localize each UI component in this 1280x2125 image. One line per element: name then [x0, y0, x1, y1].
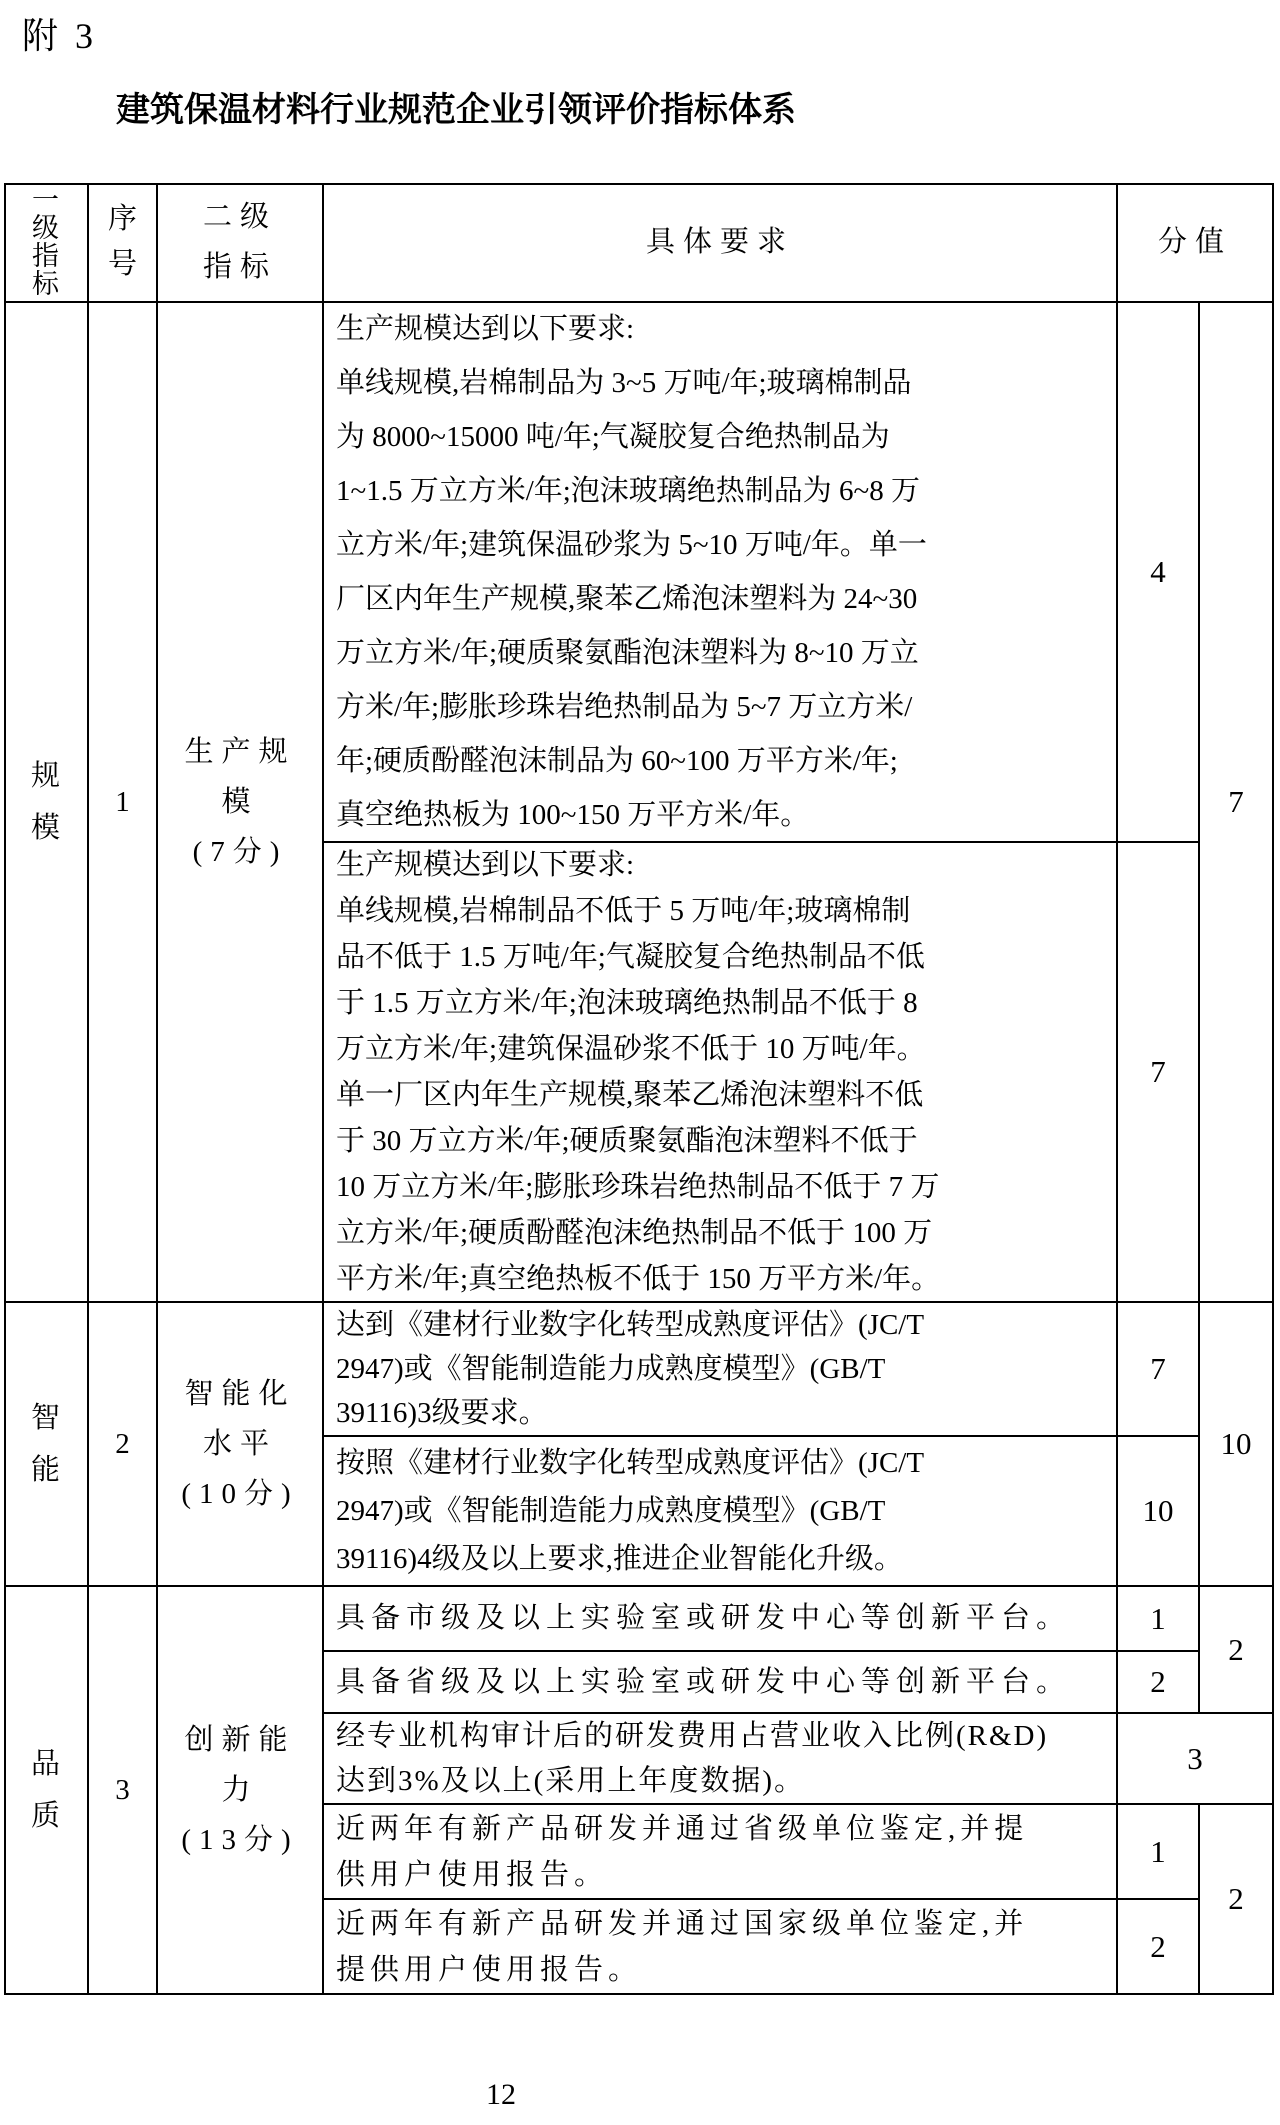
- group1-level1-label: 规 模: [4, 303, 89, 1303]
- score-1b: 7: [1118, 843, 1200, 1303]
- requirement-3c-text: 经专业机构审计后的研发费用占营业收入比例(R&D) 达到3%及以上(采用上年度数…: [324, 1714, 1118, 1805]
- requirement-1a-text: 生产规模达到以下要求: 单线规模,岩棉制品为 3~5 万吨/年;玻璃棉制品 为 …: [324, 303, 1118, 843]
- score-3d: 1: [1118, 1805, 1200, 1900]
- score-1a: 4: [1118, 303, 1200, 843]
- score-3a: 1: [1118, 1587, 1200, 1652]
- header-level2-indicator: 二级 指标: [158, 183, 324, 303]
- group3-level2-label: 创新能 力 (13分): [158, 1587, 324, 1995]
- requirement-1b-text: 生产规模达到以下要求: 单线规模,岩棉制品不低于 5 万吨/年;玻璃棉制 品不低…: [324, 843, 1118, 1303]
- score-group2-total: 10: [1200, 1303, 1274, 1587]
- group2-level1-label: 智 能: [4, 1303, 89, 1587]
- group1-serial: 1: [89, 303, 158, 1303]
- score-3ab-subtotal: 2: [1200, 1587, 1274, 1714]
- score-2a: 7: [1118, 1303, 1200, 1437]
- requirement-2b-text: 按照《建材行业数字化转型成熟度评估》(JC/T 2947)或《智能制造能力成熟度…: [324, 1437, 1118, 1587]
- document-page: 附 3 建筑保温材料行业规范企业引领评价指标体系 一 级 指 标 序 号 二级 …: [0, 0, 1280, 2125]
- score-3de-subtotal: 2: [1200, 1805, 1274, 1995]
- score-group1-total: 7: [1200, 303, 1274, 1303]
- score-3c-merged: 3: [1118, 1714, 1274, 1805]
- group1-level2-label: 生产规 模 (7分): [158, 303, 324, 1303]
- group3-serial: 3: [89, 1587, 158, 1995]
- requirement-3a-text: 具备市级及以上实验室或研发中心等创新平台。: [324, 1587, 1118, 1652]
- appendix-label: 附 3: [22, 8, 97, 59]
- requirement-2a-text: 达到《建材行业数字化转型成熟度评估》(JC/T 2947)或《智能制造能力成熟度…: [324, 1303, 1118, 1437]
- header-score: 分值: [1118, 183, 1274, 303]
- header-serial-number: 序 号: [89, 183, 158, 303]
- page-title: 建筑保温材料行业规范企业引领评价指标体系: [116, 82, 796, 131]
- group2-level2-label: 智能化 水平 (10分): [158, 1303, 324, 1587]
- requirement-3b-text: 具备省级及以上实验室或研发中心等创新平台。: [324, 1652, 1118, 1714]
- group2-serial: 2: [89, 1303, 158, 1587]
- header-specific-requirements: 具体要求: [324, 183, 1118, 303]
- score-3e: 2: [1118, 1900, 1200, 1995]
- requirement-3d-text: 近两年有新产品研发并通过省级单位鉴定,并提 供用户使用报告。: [324, 1805, 1118, 1900]
- header-level1-indicator: 一 级 指 标: [4, 183, 89, 303]
- score-3b: 2: [1118, 1652, 1200, 1714]
- score-2b: 10: [1118, 1437, 1200, 1587]
- group3-level1-label: 品 质: [4, 1587, 89, 1995]
- page-number: 12: [486, 2078, 516, 2112]
- requirement-3e-text: 近两年有新产品研发并通过国家级单位鉴定,并 提供用户使用报告。: [324, 1900, 1118, 1995]
